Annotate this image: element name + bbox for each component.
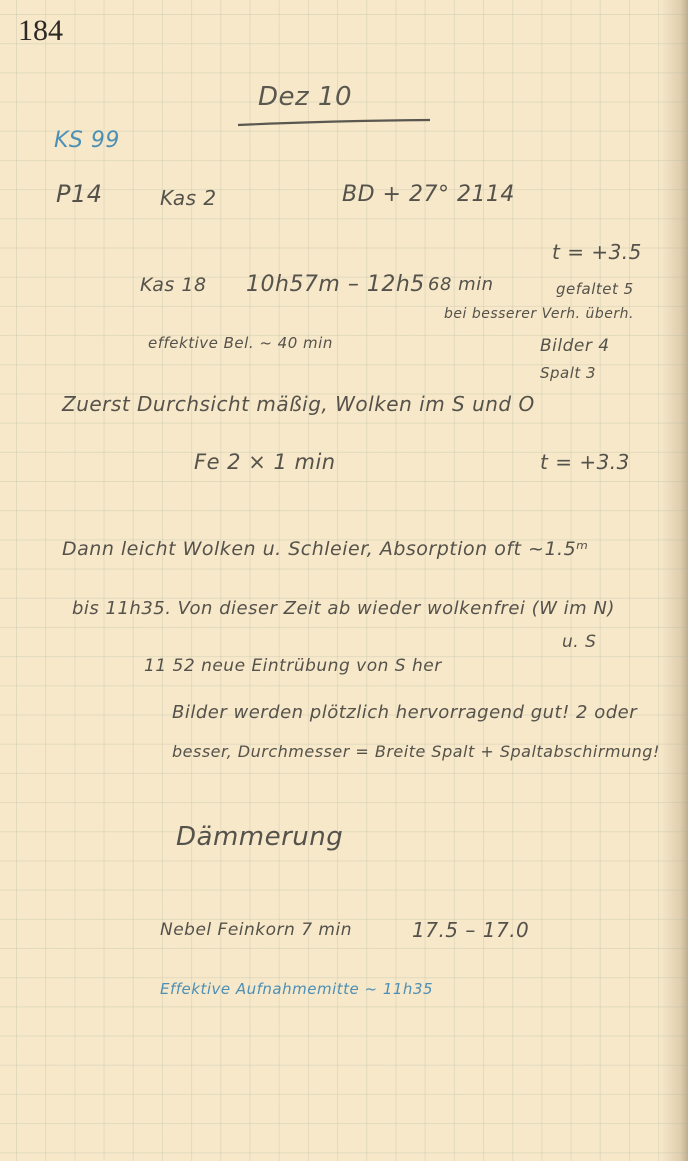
- slit-note-2: bei besserer Verh. überh.: [444, 306, 634, 322]
- exposure-duration: 68 min: [428, 274, 494, 295]
- twilight-heading: Dämmerung: [176, 822, 343, 852]
- notebook-page: 184 Dez 10 KS 99 P14 Kas 2 BD + 27° 2114…: [0, 0, 688, 1161]
- plate-number: P14: [56, 180, 103, 208]
- neon-exposure: Nebel Feinkorn 7 min: [160, 920, 352, 940]
- slit-note-4: Spalt 3: [540, 364, 596, 382]
- heading-underline: [236, 118, 432, 128]
- exposure-time-range: 10h57m – 12h5: [246, 272, 425, 297]
- page-number: 184: [18, 14, 63, 48]
- clouds-note-1: Dann leicht Wolken u. Schleier, Absorpti…: [62, 538, 589, 560]
- effective-midpoint: Effektive Aufnahmemitte ~ 11h35: [160, 980, 433, 998]
- exposure-cassette: Kas 18: [140, 274, 207, 296]
- clouds-note-2: bis 11h35. Von dieser Zeit ab wieder wol…: [72, 598, 615, 619]
- slit-note-1: gefaltet 5: [556, 280, 634, 298]
- star-designation: BD + 27° 2114: [342, 182, 515, 207]
- clouds-note-3: 11 52 neue Eintrübung von S her: [144, 656, 442, 676]
- fe-comparison: Fe 2 × 1 min: [194, 450, 336, 474]
- object-code: KS 99: [54, 128, 120, 153]
- temperature-mid: t = +3.3: [540, 450, 630, 474]
- clouds-note-2b: u. S: [562, 632, 596, 652]
- neon-temperature: 17.5 – 17.0: [412, 918, 529, 942]
- temperature-start: t = +3.5: [552, 240, 642, 264]
- slit-note-3: Bilder 4: [540, 336, 610, 356]
- camera: Kas 2: [160, 186, 217, 210]
- images-note-2: besser, Durchmesser = Breite Spalt + Spa…: [172, 742, 660, 761]
- date-heading: Dez 10: [258, 82, 352, 112]
- effective-exposure: effektive Bel. ~ 40 min: [148, 334, 333, 352]
- images-note-1: Bilder werden plötzlich hervorragend gut…: [172, 702, 637, 723]
- transparency-note: Zuerst Durchsicht mäßig, Wolken im S und…: [62, 392, 535, 416]
